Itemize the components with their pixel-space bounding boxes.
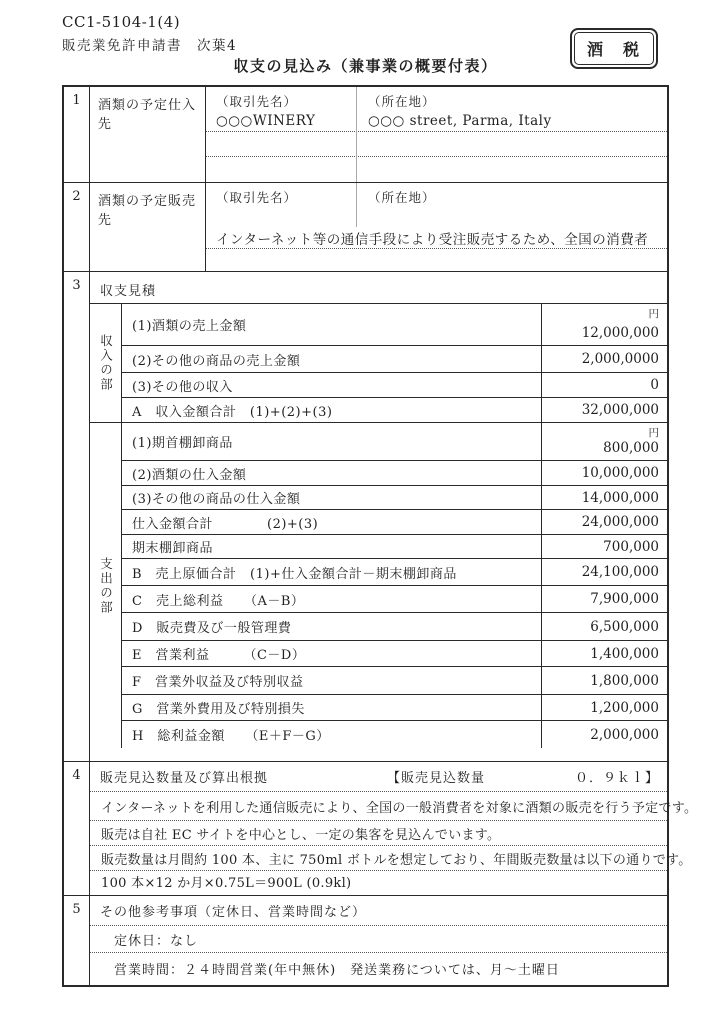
section-5-label: その他参考事項（定休日、営業時間など）: [90, 896, 667, 925]
table-row: G 営業外費用及び特別損失 1,200,000: [122, 695, 667, 721]
section-number: 4: [64, 762, 90, 895]
column-divider: [356, 87, 357, 182]
row-value: 1,400,000: [541, 641, 667, 666]
sales-destination-headers: （取引先名） （所在地）: [206, 183, 667, 227]
row-label: (2)酒類の仕入金額: [122, 461, 541, 485]
section-planned-sales-destinations: 2 酒類の予定販売先 （取引先名） （所在地）: [64, 183, 667, 272]
table-row: H 総利益金額 （E＋F－G） 2,000,000: [122, 721, 667, 748]
section-number: 2: [64, 183, 90, 271]
sales-destination-note: インターネット等の通信手段により受注販売するため、全国の消費者: [206, 227, 667, 249]
row-label: B 売上原価合計 (1)+仕入金額合計－期末棚卸商品: [122, 559, 541, 585]
expected-volume-label: 【販売見込数量: [387, 767, 485, 786]
table-row: A 収入金額合計 (1)+(2)+(3) 32,000,000: [122, 398, 667, 422]
section-4-label: 販売見込数量及び算出根拠: [100, 767, 268, 786]
row-value: 2,000,0000: [541, 346, 667, 372]
row-value: 10,000,000: [541, 461, 667, 485]
empty-supplier-row: [206, 131, 667, 156]
section-1-label: 酒類の予定仕入先: [90, 87, 206, 182]
section-number: 5: [64, 896, 90, 985]
row-value: 700,000: [541, 535, 667, 558]
estimate-table: 収入の部 (1)酒類の売上金額 円 12,000,000: [90, 303, 667, 761]
row-label: A 収入金額合計 (1)+(2)+(3): [122, 398, 541, 422]
table-row: (1)酒類の売上金額 円 12,000,000: [122, 304, 667, 346]
table-row: D 販売費及び一般管理費 6,500,000: [122, 613, 667, 641]
table-row: (2)酒類の仕入金額 10,000,000: [122, 461, 667, 486]
row-value: 12,000,000: [582, 325, 659, 341]
section-1-cells: （取引先名） ○○○WINERY （所在地） ○○○ street, Parma…: [206, 87, 667, 182]
section-number: 3: [64, 272, 90, 761]
row-label: G 営業外費用及び特別損失: [122, 695, 541, 720]
row-value: 1,200,000: [541, 695, 667, 720]
table-row: (1)期首棚卸商品 円 800,000: [122, 423, 667, 461]
row-value: 0: [541, 373, 667, 397]
application-form: CC1-5104-1(4) 販売業免許申請書 次葉4 収支の見込み（兼事業の概要…: [62, 13, 669, 987]
section-4-header: 販売見込数量及び算出根拠 【販売見込数量 ０．９ｋｌ】: [90, 762, 667, 791]
section-5-body: その他参考事項（定休日、営業時間など） 定休日：なし 営業時間：２４時間営業(年…: [90, 896, 667, 985]
explanation-line: 販売数量は月間約 100 本、主に 750ml ボトルを想定しており、年間販売数…: [90, 845, 667, 870]
section-other-reference-items: 5 その他参考事項（定休日、営業時間など） 定休日：なし 営業時間：２４時間営業…: [64, 896, 667, 985]
expected-volume-value: ０．９ｋｌ】: [575, 767, 659, 786]
table-row: C 売上総利益 （A－B） 7,900,000: [122, 586, 667, 613]
row-value: 2,000,000: [541, 721, 667, 748]
section-1-body: 酒類の予定仕入先 （取引先名） ○○○WINERY （所在地） ○○: [90, 87, 667, 182]
supplier-address-cell: （所在地） ○○○ street, Parma, Italy: [356, 87, 667, 131]
row-label: (2)その他の商品の売上金額: [122, 346, 541, 372]
partner-name-value: ○○○WINERY: [216, 113, 356, 129]
row-value: 32,000,000: [541, 398, 667, 422]
document-page: CC1-5104-1(4) 販売業免許申請書 次葉4 収支の見込み（兼事業の概要…: [0, 0, 724, 1024]
row-label: H 総利益金額 （E＋F－G）: [122, 721, 541, 748]
row-value-cell: 円 800,000: [541, 423, 667, 460]
liquor-tax-stamp-label: 酒 税: [574, 32, 654, 65]
income-group-label: 収入の部: [90, 304, 122, 422]
section-planned-suppliers: 1 酒類の予定仕入先 （取引先名） ○○○WINERY: [64, 87, 667, 183]
table-row: (2)その他の商品の売上金額 2,000,0000: [122, 346, 667, 373]
row-value-cell: 円 12,000,000: [541, 304, 667, 345]
row-value: 14,000,000: [541, 486, 667, 509]
section-3-body: 収支見積 収入の部 (1)酒類の売上金額 円 12,000,000: [90, 272, 667, 761]
table-row: E 営業利益 （C－D） 1,400,000: [122, 641, 667, 667]
expenditure-block: 支出の部 (1)期首棚卸商品 円 800,000: [90, 423, 667, 748]
table-row: 仕入金額合計 (2)+(3) 24,000,000: [122, 510, 667, 535]
column-divider: [356, 183, 357, 227]
liquor-tax-stamp: 酒 税: [570, 28, 658, 69]
section-2-label: 酒類の予定販売先: [90, 183, 206, 271]
table-row: F 営業外収益及び特別収益 1,800,000: [122, 667, 667, 695]
currency-unit: 円: [649, 306, 660, 321]
section-4-body: 販売見込数量及び算出根拠 【販売見込数量 ０．９ｋｌ】 インターネットを利用した…: [90, 762, 667, 895]
row-value: 24,100,000: [541, 559, 667, 585]
section-expected-sales-volume: 4 販売見込数量及び算出根拠 【販売見込数量 ０．９ｋｌ】 インターネットを利用…: [64, 762, 667, 896]
table-row: 期末棚卸商品 700,000: [122, 535, 667, 559]
business-hours-line: 営業時間：２４時間営業(年中無休) 発送業務については、月～土曜日: [90, 952, 667, 983]
table-row: B 売上原価合計 (1)+仕入金額合計－期末棚卸商品 24,100,000: [122, 559, 667, 586]
partner-name-header: （取引先名）: [216, 92, 356, 110]
expenditure-group-label: 支出の部: [90, 423, 122, 748]
table-row: (3)その他の商品の仕入金額 14,000,000: [122, 486, 667, 510]
row-label: 仕入金額合計 (2)+(3): [122, 510, 541, 534]
address-header: （所在地）: [368, 188, 667, 206]
row-value: 6,500,000: [541, 613, 667, 640]
address-value: ○○○ street, Parma, Italy: [368, 113, 667, 129]
customer-name-cell: （取引先名）: [206, 183, 356, 227]
income-block: 収入の部 (1)酒類の売上金額 円 12,000,000: [90, 304, 667, 423]
customer-address-cell: （所在地）: [356, 183, 667, 227]
calculation-line: 100 本×12 か月×0.75L＝900L (0.9kl): [90, 870, 667, 892]
expected-volume: 【販売見込数量 ０．９ｋｌ】: [387, 767, 659, 786]
explanation-line: 販売は自社 EC サイトを中心とし、一定の集客を見込んでいます。: [90, 820, 667, 845]
table-row: (3)その他の収入 0: [122, 373, 667, 398]
row-label: C 売上総利益 （A－B）: [122, 586, 541, 612]
row-label: (3)その他の商品の仕入金額: [122, 486, 541, 509]
section-3-label: 収支見積: [90, 272, 667, 303]
row-value: 800,000: [603, 440, 659, 456]
row-label: D 販売費及び一般管理費: [122, 613, 541, 640]
section-2-cells: （取引先名） （所在地） インターネット等の通信手段により受注販売するため、全国…: [206, 183, 667, 271]
row-label: (3)その他の収入: [122, 373, 541, 397]
row-label: 期末棚卸商品: [122, 535, 541, 558]
section-income-expenditure-estimate: 3 収支見積 収入の部 (1)酒類の売上金額 円 12,000,0: [64, 272, 667, 762]
supplier-row: （取引先名） ○○○WINERY （所在地） ○○○ street, Parma…: [206, 87, 667, 131]
row-value: 24,000,000: [541, 510, 667, 534]
row-label: (1)期首棚卸商品: [122, 423, 541, 460]
row-value: 7,900,000: [541, 586, 667, 612]
address-header: （所在地）: [368, 92, 667, 110]
section-2-body: 酒類の予定販売先 （取引先名） （所在地） イン: [90, 183, 667, 271]
section-number: 1: [64, 87, 90, 182]
form-table: 1 酒類の予定仕入先 （取引先名） ○○○WINERY: [62, 85, 669, 987]
row-label: F 営業外収益及び特別収益: [122, 667, 541, 694]
partner-name-header: （取引先名）: [216, 188, 356, 206]
holiday-line: 定休日：なし: [90, 925, 667, 952]
supplier-name-cell: （取引先名） ○○○WINERY: [206, 87, 356, 131]
empty-supplier-row: [206, 156, 667, 181]
row-value: 1,800,000: [541, 667, 667, 694]
explanation-line: インターネットを利用した通信販売により、全国の一般消費者を対象に酒類の販売を行う…: [90, 791, 667, 820]
row-label: (1)酒類の売上金額: [122, 304, 541, 345]
empty-sales-row: [206, 249, 667, 271]
row-label: E 営業利益 （C－D）: [122, 641, 541, 666]
currency-unit: 円: [649, 425, 660, 440]
